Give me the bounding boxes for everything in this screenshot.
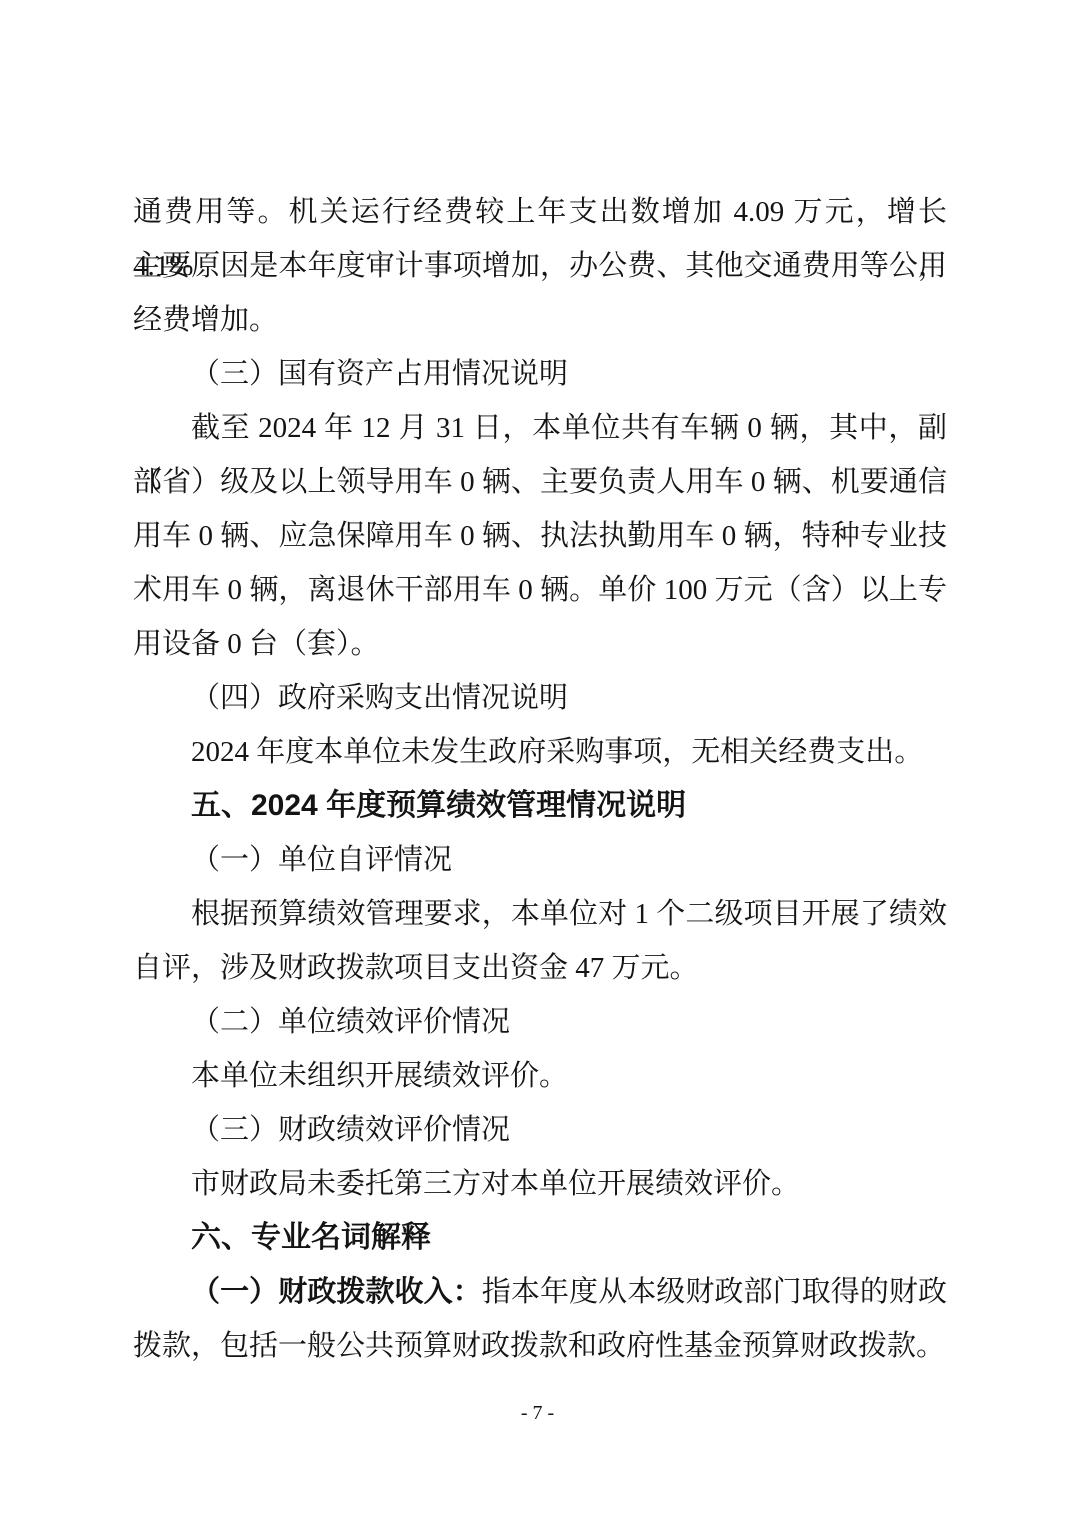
subheading-line: （一）单位自评情况 bbox=[133, 833, 947, 887]
text-line: 2024 年度本单位未发生政府采购事项，无相关经费支出。 bbox=[133, 725, 947, 779]
text-line: 截至 2024 年 12 月 31 日，本单位共有车辆 0 辆，其中，副部 bbox=[133, 401, 947, 455]
subheading-line: （二）单位绩效评价情况 bbox=[133, 995, 947, 1049]
subheading-line: （三）国有资产占用情况说明 bbox=[133, 347, 947, 401]
document-body: 通费用等。机关运行经费较上年支出数增加 4.09 万元，增长 4.1%，主要原因… bbox=[133, 185, 947, 1373]
text-line: 术用车 0 辆，离退休干部用车 0 辆。单价 100 万元（含）以上专 bbox=[133, 563, 947, 617]
subheading-line: （三）财政绩效评价情况 bbox=[133, 1103, 947, 1157]
text-line: 市财政局未委托第三方对本单位开展绩效评价。 bbox=[133, 1157, 947, 1211]
text-line: 通费用等。机关运行经费较上年支出数增加 4.09 万元，增长 4.1%， bbox=[133, 185, 947, 239]
text-line: 自评，涉及财政拨款项目支出资金 47 万元。 bbox=[133, 941, 947, 995]
text-line: 本单位未组织开展绩效评价。 bbox=[133, 1049, 947, 1103]
subheading-line: （四）政府采购支出情况说明 bbox=[133, 671, 947, 725]
text-line: （一）财政拨款收入：指本年度从本级财政部门取得的财政 bbox=[133, 1265, 947, 1319]
text-line: （省）级及以上领导用车 0 辆、主要负责人用车 0 辆、机要通信 bbox=[133, 455, 947, 509]
text-line: 经费增加。 bbox=[133, 293, 947, 347]
term-definition: 指本年度从本级财政部门取得的财政 bbox=[482, 1276, 947, 1308]
term-lead-in: （一）财政拨款收入： bbox=[191, 1276, 482, 1308]
heading-line: 六、专业名词解释 bbox=[133, 1211, 947, 1265]
text-line: 拨款，包括一般公共预算财政拨款和政府性基金预算财政拨款。 bbox=[133, 1319, 947, 1373]
heading-line: 五、2024 年度预算绩效管理情况说明 bbox=[133, 779, 947, 833]
text-line: 主要原因是本年度审计事项增加，办公费、其他交通费用等公用 bbox=[133, 239, 947, 293]
text-line: 用设备 0 台（套）。 bbox=[133, 617, 947, 671]
document-page: 通费用等。机关运行经费较上年支出数增加 4.09 万元，增长 4.1%，主要原因… bbox=[0, 0, 1075, 1520]
text-line: 用车 0 辆、应急保障用车 0 辆、执法执勤用车 0 辆，特种专业技 bbox=[133, 509, 947, 563]
page-footer: - 7 - bbox=[0, 1396, 1075, 1430]
text-line: 根据预算绩效管理要求，本单位对 1 个二级项目开展了绩效 bbox=[133, 887, 947, 941]
page-number: - 7 - bbox=[521, 1402, 554, 1424]
